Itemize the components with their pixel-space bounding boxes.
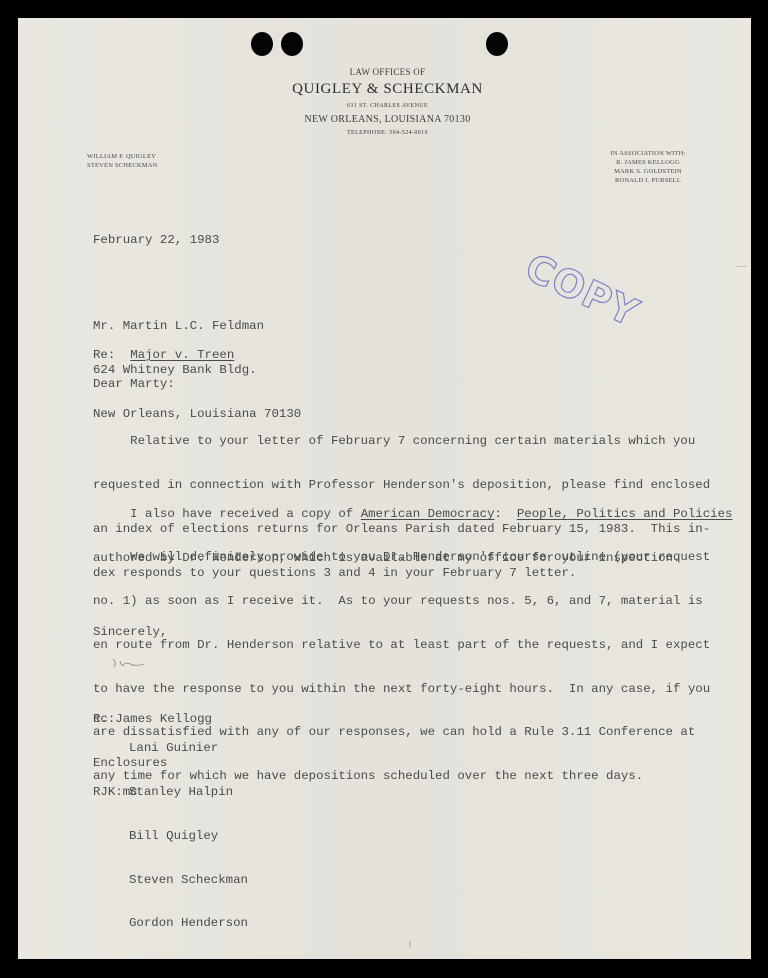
cc-recipient: Steven Scheckman (129, 873, 248, 888)
paragraph-line: I also have received a copy of American … (93, 507, 732, 522)
closing: Sincerely, (93, 625, 167, 640)
signature-mark (110, 656, 155, 670)
cc-recipient: Bill Quigley (129, 829, 248, 844)
association-label: IN ASSOCIATION WITH: (598, 149, 698, 158)
cc-label: cc: (93, 712, 115, 727)
punch-hole (251, 32, 273, 56)
cc-recipient: Gordon Henderson (129, 916, 248, 931)
associate-name: R. JAMES KELLOGG (598, 158, 698, 167)
typist-initials: RJK:mc (93, 785, 138, 800)
recipient-line: Mr. Martin L.C. Feldman (93, 319, 301, 334)
associate-name: RONALD J. PURSELL (598, 176, 698, 185)
punch-hole (281, 32, 303, 56)
re-case-name: Major v. Treen (130, 348, 234, 362)
letterhead-associates: IN ASSOCIATION WITH: R. JAMES KELLOGG MA… (598, 149, 698, 185)
cc-recipient: Lani Guinier (129, 741, 248, 756)
paragraph-line: no. 1) as soon as I receive it. As to yo… (93, 594, 710, 609)
paragraph-text: I also have received a copy of (93, 507, 361, 521)
re-line: Re: Major v. Treen (93, 348, 234, 363)
recipient-line: 624 Whitney Bank Bldg. (93, 363, 301, 378)
associate-name: MARK S. GOLDSTEIN (598, 167, 698, 176)
cc-list: Lani Guinier Stanley Halpin Bill Quigley… (129, 712, 248, 946)
paper-blemish (409, 941, 411, 948)
letterhead-partners: WILLIAM P. QUIGLEY STEVEN SCHECKMAN (87, 152, 158, 170)
re-label: Re: (93, 348, 115, 362)
letterhead-law-offices: LAW OFFICES OF (300, 67, 475, 77)
paper-blemish (737, 266, 747, 267)
paragraph-line: en route from Dr. Henderson relative to … (93, 638, 710, 653)
cc-recipient: Stanley Halpin (129, 785, 248, 800)
salutation: Dear Marty: (93, 377, 175, 392)
letterhead-city: NEW ORLEANS, LOUISIANA 70130 (285, 114, 490, 125)
partner-name: STEVEN SCHECKMAN (87, 161, 158, 170)
letterhead-telephone: TELEPHONE: 504-524-0016 (300, 130, 475, 136)
paragraph-line: We will definitely provide to you Dr. He… (93, 550, 710, 565)
letterhead-street: 631 ST. CHARLES AVENUE (300, 103, 475, 109)
book-title-part1: American Democracy (361, 507, 495, 521)
letter-date: February 22, 1983 (93, 233, 219, 248)
paragraph-line: Relative to your letter of February 7 co… (93, 434, 710, 449)
partner-name: WILLIAM P. QUIGLEY (87, 152, 158, 161)
letterhead-firm-name: QUIGLEY & SCHECKMAN (270, 81, 505, 98)
title-separator: : (495, 507, 517, 521)
punch-hole (486, 32, 508, 56)
book-title-part2: People, Politics and Policies (517, 507, 733, 521)
